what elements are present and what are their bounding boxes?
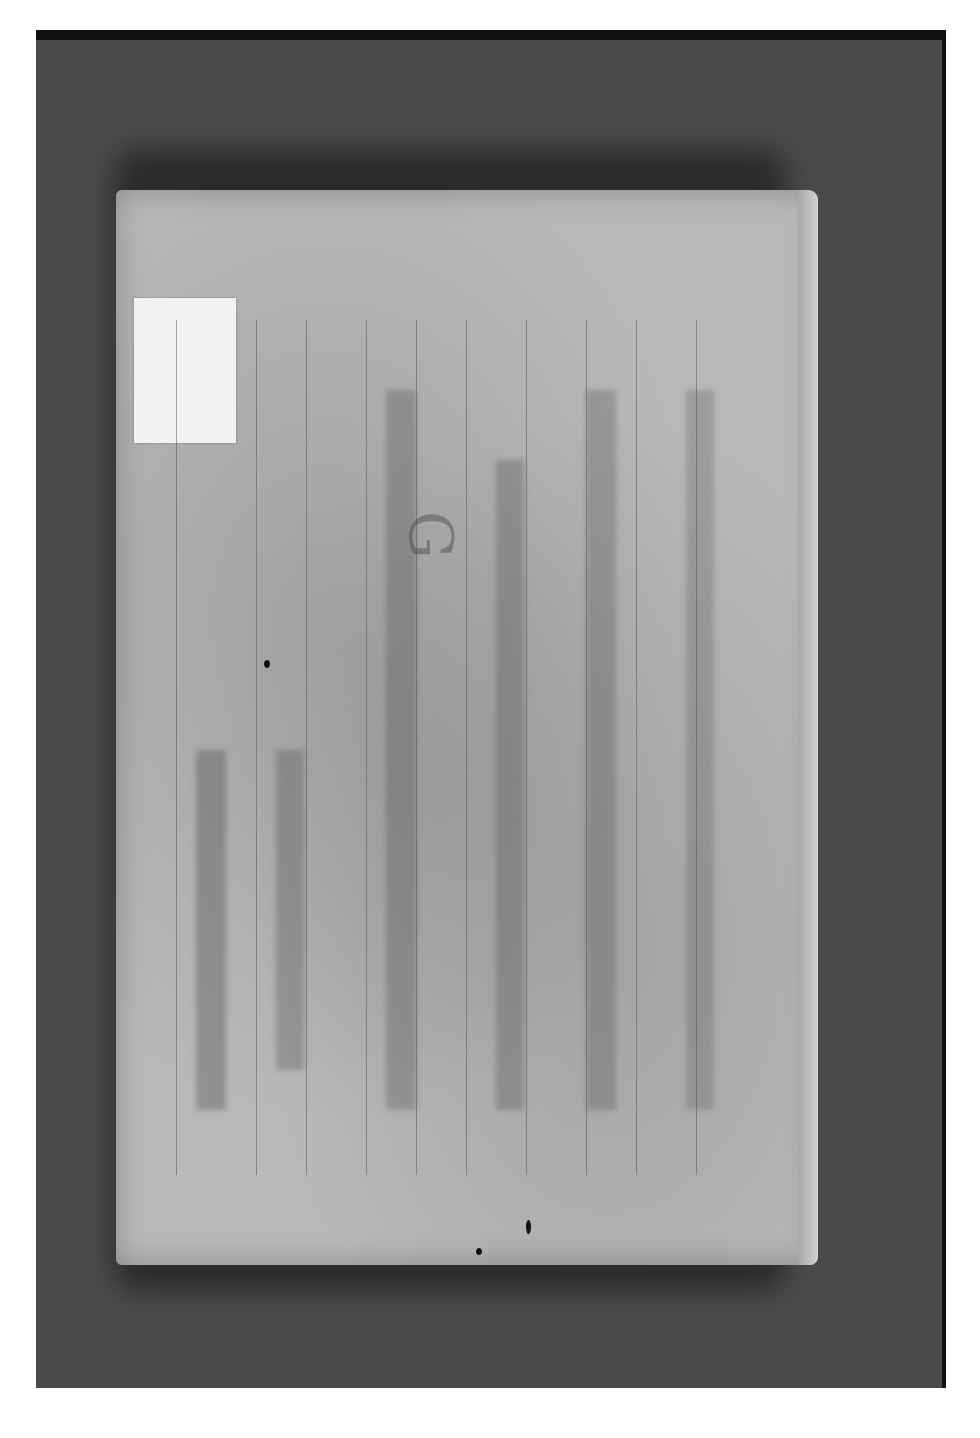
manuscript-text-line — [686, 390, 714, 1110]
staff-line — [416, 320, 417, 1175]
manuscript-text-line — [276, 750, 304, 1070]
manuscript-text-line — [386, 390, 416, 1110]
manuscript-text-line — [496, 460, 524, 1110]
shelf-label — [134, 298, 236, 443]
staff-line — [306, 320, 307, 1175]
manuscript-text-line: illegible faded blackletter line 1 — [211, 0, 246, 250]
ink-spot — [526, 1220, 531, 1234]
manuscript-text-line — [196, 750, 226, 1110]
staff-line — [256, 320, 257, 1175]
book-fore-edge — [798, 190, 818, 1265]
manuscript-text-line — [586, 390, 616, 1110]
ink-spot — [476, 1248, 482, 1255]
staff-line — [526, 320, 527, 1175]
staff-line — [176, 320, 177, 1175]
staff-line — [466, 320, 467, 1175]
book-cover: illegible faded blackletter line 1 G — [116, 190, 818, 1265]
staff-line — [366, 320, 367, 1175]
staff-line — [636, 320, 637, 1175]
ink-spot — [264, 660, 270, 668]
